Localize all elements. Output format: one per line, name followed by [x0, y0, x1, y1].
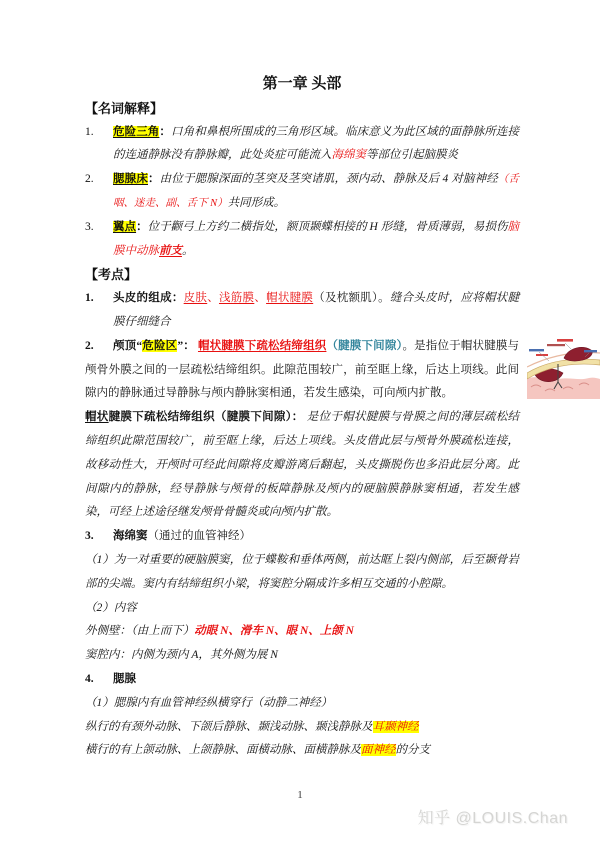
text-run: ：: [136, 221, 148, 233]
text-run: 外侧壁：（由上而下）: [85, 625, 194, 637]
glossary-item-pterion: 3.翼点：位于颧弓上方约二横指处，额顶颞蝶相接的 H 形缝，骨质薄弱，易损伤脑膜…: [85, 216, 519, 264]
text-run: 腱膜下疏松结缔组织（腱膜下间隙）：: [109, 411, 307, 423]
text-run: 、: [254, 292, 266, 304]
text-run: 皮肤: [184, 292, 208, 304]
text-run: 位于颧弓上方约二横指处，额顶颞蝶相接的 H 形缝，骨质薄弱，易损伤: [148, 221, 508, 233]
text-run: 是位于帽状腱膜与骨膜之间的薄层疏松结缔组织此隙范围较广，前至眶上缘，后达上项线。…: [85, 411, 519, 518]
text-run: 颅顶“: [113, 340, 142, 352]
paragraph-parotid-structures: （1）腮腺内有血管神经纵横穿行（动静二神经）: [85, 692, 519, 716]
list-number: 2.: [85, 335, 94, 359]
paragraph-contents-label: （2）内容: [85, 597, 519, 621]
scalp-cross-section-figure: [527, 337, 600, 399]
text-run: 。: [182, 245, 194, 257]
text-run: 【考点】: [85, 267, 137, 282]
document-body: 【名词解释】1.危险三角：口角和鼻根所围成的三角形区域。临床意义为此区域的面静脉…: [85, 97, 519, 763]
document-content: 第一章 头部 【名词解释】1.危险三角：口角和鼻根所围成的三角形区域。临床意义为…: [85, 73, 519, 763]
section-header-glossary: 【名词解释】: [85, 97, 519, 121]
scalp-figure-svg: [527, 337, 600, 399]
text-run: （腱膜下间隙）: [326, 340, 402, 352]
key-point-danger-zone: 2.颅顶“危险区”： 帽状腱膜下疏松结缔组织（腱膜下间隙）。是指位于帽状腱膜与颅…: [85, 335, 519, 406]
text-run: 腮腺床: [113, 173, 148, 185]
text-run: 帽状腱膜: [266, 292, 313, 304]
text-run: 海绵窦: [332, 149, 367, 161]
paragraph-cavernous-sinus-description: （1）为一对重要的硬脑膜窦，位于蝶鞍和垂体两侧，前达眶上裂内侧部，后至颞骨岩部的…: [85, 549, 519, 597]
section-header-key-points: 【考点】: [85, 263, 519, 287]
page-title: 第一章 头部: [85, 73, 519, 97]
label-mark-blue-1: [529, 349, 544, 351]
text-run: 等部位引起脑膜炎: [366, 149, 458, 161]
glossary-item-parotid-bed: 2.腮腺床：由位于腮腺深面的茎突及茎突诸肌，颈内动、静脉及后 4 对脑神经（舌咽…: [85, 168, 519, 216]
text-run: 海绵窦: [113, 530, 148, 542]
text-run: （2）内容: [85, 602, 137, 614]
text-run: 窦腔内：内侧为颈内 A，其外侧为展 N: [85, 649, 278, 661]
key-point-parotid-gland: 4.腮腺: [85, 668, 519, 692]
zhihu-watermark: 知乎 @LOUIS.Chan: [418, 805, 568, 828]
label-mark-blue-2: [584, 350, 597, 352]
label-mark-red-2: [547, 344, 565, 346]
key-point-scalp-composition: 1.头皮的组成：皮肤、浅筋膜、帽状腱膜（及枕额肌）。缝合头皮时，应将帽状腱膜仔细…: [85, 287, 519, 335]
text-run: 危险区: [142, 340, 177, 352]
text-run: （1）为一对重要的硬脑膜窦，位于蝶鞍和垂体两侧，前达眶上裂内侧部，后至颞骨岩部的…: [85, 554, 519, 590]
text-run: 前支: [159, 245, 182, 257]
line-lateral-wall: 外侧壁：（由上而下）动眼 N、滑车 N、眼 N、上颌 N: [85, 620, 519, 644]
text-run: 头皮的组成: [113, 292, 172, 304]
text-run: 共同形成。: [228, 197, 286, 209]
list-number: 4.: [85, 668, 94, 692]
line-sinus-cavity: 窦腔内：内侧为颈内 A，其外侧为展 N: [85, 644, 519, 668]
text-run: 危险三角: [113, 126, 159, 138]
text-run: 口角和鼻根所围成的三角形区域。临床意义为此区域的面静脉所连接的连通静脉没有静脉瓣…: [113, 126, 519, 162]
text-run: 动眼 N、滑车 N、眼 N、上颌 N: [194, 625, 354, 637]
paragraph-subaponeurotic-tissue: 帽状腱膜下疏松结缔组织（腱膜下间隙）： 是位于帽状腱膜与骨膜之间的薄层疏松结缔组…: [85, 406, 519, 525]
text-run: 腮腺: [113, 673, 136, 685]
text-run: 翼点: [113, 221, 136, 233]
text-run: ：: [159, 126, 171, 138]
text-run: ：: [148, 173, 160, 185]
text-run: （1）腮腺内有血管神经纵横穿行（动静二神经）: [85, 697, 332, 709]
text-run: 【名词解释】: [85, 101, 163, 116]
list-number: 1.: [85, 121, 94, 145]
key-point-cavernous-sinus: 3.海绵窦（通过的血管神经）: [85, 525, 519, 549]
text-run: ”：: [177, 340, 198, 352]
document-page: 第一章 头部 【名词解释】1.危险三角：口角和鼻根所围成的三角形区域。临床意义为…: [0, 0, 600, 849]
text-run: （及枕额肌）。: [313, 292, 390, 304]
text-run: 的分支: [396, 744, 431, 756]
text-run: ：: [172, 292, 184, 304]
text-run: 横行的有上颌动脉、上颌静脉、面横动脉、面横静脉及: [85, 744, 361, 756]
text-run: 浅筋膜: [219, 292, 254, 304]
text-run: 面神经: [361, 744, 396, 756]
text-run: 耳颞神经: [373, 721, 419, 733]
page-number: 1: [0, 789, 600, 801]
glossary-item-danger-triangle: 1.危险三角：口角和鼻根所围成的三角形区域。临床意义为此区域的面静脉所连接的连通…: [85, 121, 519, 169]
text-run: 由位于腮腺深面的茎突及茎突诸肌，颈内动、静脉及后 4 对脑神经: [160, 173, 498, 185]
text-run: 帽状: [85, 411, 109, 423]
line-longitudinal-structures: 纵行的有颈外动脉、下颌后静脉、颞浅动脉、颞浅静脉及耳颞神经: [85, 716, 519, 740]
list-number: 1.: [85, 287, 94, 311]
text-run: 纵行的有颈外动脉、下颌后静脉、颞浅动脉、颞浅静脉及: [85, 721, 373, 733]
text-run: 帽状腱膜下疏松结缔组织: [198, 340, 326, 352]
list-number: 2.: [85, 168, 94, 192]
label-mark-red-1: [557, 339, 573, 342]
list-number: 3.: [85, 216, 94, 240]
text-run: （通过的血管神经）: [148, 530, 252, 542]
list-number: 3.: [85, 525, 94, 549]
text-run: 、: [207, 292, 219, 304]
line-transverse-structures: 横行的有上颌动脉、上颌静脉、面横动脉、面横静脉及面神经的分支: [85, 739, 519, 763]
